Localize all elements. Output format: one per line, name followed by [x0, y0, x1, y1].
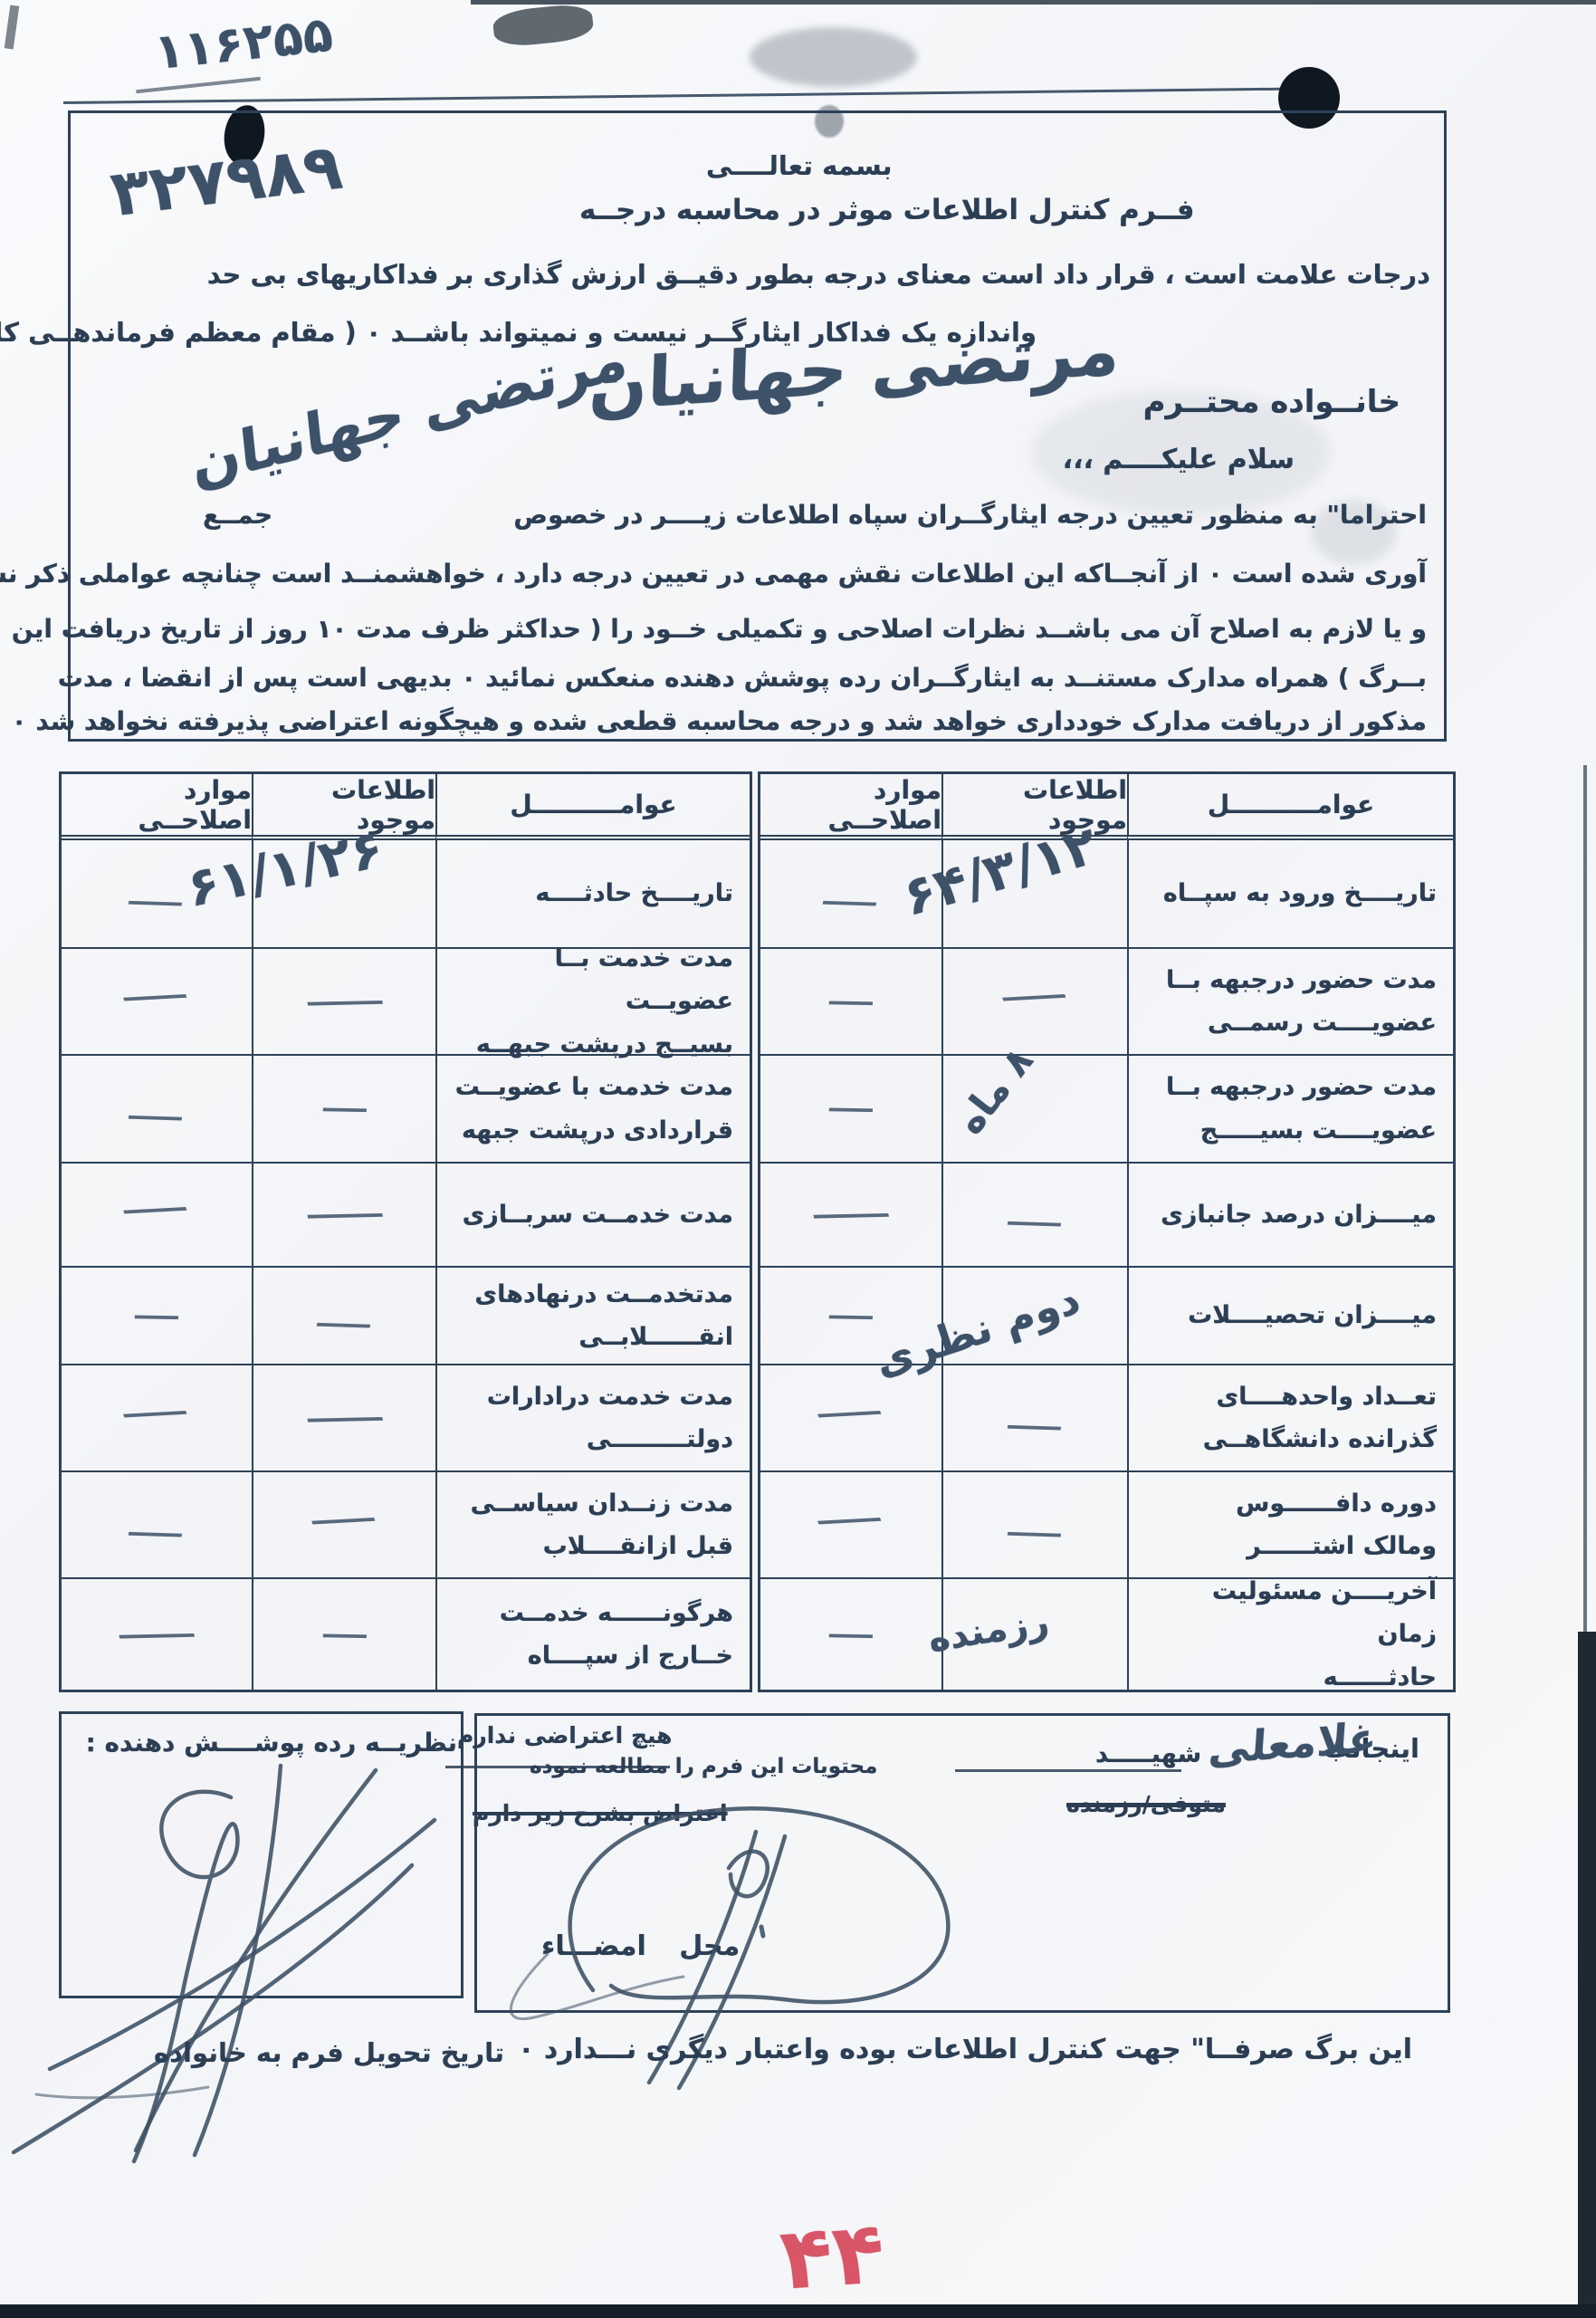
factor-cell: دوره دافــــــوس ومالک اشتــــــر — [1127, 1472, 1453, 1579]
handwritten-top-number: ۱۱۶۲۵۵ — [151, 5, 335, 81]
scanned-form-page: ۱۱۶۲۵۵ ۳۲۷۹۸۹ بسمه تعالــــی فــرم کنترل… — [0, 0, 1596, 2318]
greeting: سلام علیکــــم ،،، — [1063, 444, 1295, 475]
corrective-cell: — — [760, 949, 941, 1056]
pen-dash: — — [319, 1618, 369, 1651]
motto-line-1: درجات علامت است ، قرار داد است معنای درج… — [207, 259, 1430, 290]
form-title: فــرم کنترل اطلاعات موثر در محاسبه درجــ… — [579, 194, 1195, 226]
existing-cell: — — [252, 1164, 435, 1268]
pen-dash: — — [817, 885, 882, 918]
corrective-cell: — — [62, 1164, 252, 1268]
paragraph-line-4: بــرگ ) همراه مدارک مستنــد به ایثارگــر… — [58, 663, 1427, 693]
factor-cell: میــــزان درصد جانبازی — [1127, 1164, 1453, 1268]
factor-cell: تاریــــخ حادثــــه — [435, 840, 750, 949]
bismillah: بسمه تعالــــی — [706, 150, 893, 181]
factor-cell: مدت زنــدان سیاســی قبل ازانقــــلاب — [435, 1472, 750, 1579]
fold-crease-line — [63, 88, 1287, 104]
paragraph-line-1-text: احتراما" به منظور تعیین درجه ایثارگــران… — [513, 500, 1427, 530]
factor-cell: هرگونــــــه خدمــت خــارج از سپــــاه — [435, 1579, 750, 1690]
no-objection-underline — [445, 1766, 670, 1768]
factor-cell: مدت خدمــت سربــازی — [435, 1164, 750, 1268]
pen-dash: — — [123, 885, 187, 918]
table-right: عوامــــــــــل اطلاعات موجود موارد اصلا… — [758, 771, 1456, 1692]
factor-cell: مدت خدمت بــا عضویــت بسیــج درپشت جبهــ… — [435, 949, 750, 1056]
col-header-corrective: موارد اصلاحــی — [62, 774, 252, 840]
option-no-objection: هیچ اعتراضی ندارم — [457, 1722, 673, 1748]
paragraph-line-2: آوری شده است ۰ از آنجــاکه این اطلاعات ن… — [0, 559, 1427, 589]
corrective-cell: — — [760, 1164, 941, 1268]
family-label: خانــواده محتــرم — [1143, 384, 1400, 420]
handwritten-page-number: ۴۴ — [777, 2204, 887, 2310]
corrective-cell: — — [760, 1579, 941, 1690]
pen-dash: — — [299, 1198, 389, 1231]
scan-bottom-edge-bar — [0, 2304, 1596, 2318]
factor-cell: تاریــــخ ورود به سپــاه — [1127, 840, 1453, 949]
paragraph-line-5: مذکور از دریافت مدارک خودداری خواهد شد و… — [12, 706, 1427, 736]
pen-dash: — — [1002, 1206, 1066, 1240]
pen-dash: — — [301, 1502, 383, 1537]
pen-dash: — — [131, 1299, 182, 1332]
pen-dash: — — [1002, 1409, 1066, 1442]
table-left: عوامــــــــــل اطلاعات موجود موارد اصلا… — [59, 771, 752, 1692]
paragraph-line-1: احتراما" به منظور تعیین درجه ایثارگــران… — [203, 500, 1427, 530]
corrective-cell: — — [62, 1472, 252, 1579]
existing-cell: — — [941, 1472, 1127, 1579]
scan-speck — [5, 5, 20, 50]
factor-cell: مدت خدمت با عضویــت قراردادی درپشت جبهه — [435, 1056, 750, 1164]
pen-dash: — — [114, 979, 196, 1014]
footer-note: این برگ صرفــا" جهت کنترل اطلاعات بوده و… — [518, 2034, 1412, 2065]
pen-dash: — — [319, 1092, 369, 1125]
existing-cell: — — [941, 1164, 1127, 1268]
pen-dash: — — [1002, 1516, 1066, 1549]
scan-right-edge-bar — [1578, 1632, 1596, 2318]
factor-cell: مدت خدمت درادارات دولتـــــــــی — [435, 1365, 750, 1472]
existing-cell: — — [941, 949, 1127, 1056]
pen-dash: — — [826, 1618, 876, 1651]
corrective-cell: — — [62, 1365, 252, 1472]
pen-dash: — — [826, 985, 876, 1018]
factor-cell: تعــداد واحدهــــای گذرانده دانشگاهــی — [1127, 1365, 1453, 1472]
delivery-date-label: تاریخ تحویل فرم به خانواده — [154, 2037, 504, 2068]
pen-scribble — [136, 77, 261, 93]
paragraph-line-3: و یا لازم به اصلاح آن می باشــد نظرات اص… — [12, 614, 1427, 644]
pen-dash: — — [806, 1198, 896, 1231]
pen-dash: — — [992, 979, 1074, 1014]
pen-dash: — — [114, 1192, 196, 1227]
existing-cell: — — [252, 1472, 435, 1579]
corrective-cell: — — [62, 949, 252, 1056]
pen-dash: — — [123, 1516, 187, 1549]
existing-cell: — — [941, 1365, 1127, 1472]
reviewer-signature — [0, 1743, 453, 2178]
scan-top-edge-line — [471, 0, 1596, 5]
pen-dash: — — [826, 1092, 876, 1125]
pen-dash: — — [299, 984, 389, 1018]
scan-right-edge-line — [1583, 765, 1587, 1639]
scan-ink-blob — [492, 2, 595, 48]
existing-cell: — — [252, 1579, 435, 1690]
pen-dash: — — [111, 1617, 202, 1651]
pen-dash: — — [114, 1395, 196, 1431]
pen-dash: — — [808, 1395, 890, 1431]
option-shahid: شهیـــــد — [1095, 1740, 1201, 1768]
pen-dash: — — [808, 1502, 890, 1537]
corrective-cell: — — [62, 1268, 252, 1365]
pen-dash: — — [826, 1299, 876, 1332]
pen-dash: — — [299, 1401, 389, 1434]
existing-cell: — — [252, 1056, 435, 1164]
option-deceased-warrior: متوفی/رزمنده — [1066, 1791, 1226, 1817]
corrective-cell: — — [760, 1365, 941, 1472]
existing-cell: — — [252, 1268, 435, 1365]
col-header-corrective: موارد اصلاحــی — [760, 774, 941, 840]
factor-cell: مدت حضور درجبهه بــا عضویــــت رسمــی — [1127, 949, 1453, 1056]
factor-cell: مدت حضور درجبهه بــا عضویــــت بسیـــــج — [1127, 1056, 1453, 1164]
pen-dash: — — [123, 1100, 187, 1134]
shahid-blank-line — [955, 1769, 1181, 1772]
existing-cell: — — [252, 949, 435, 1056]
pen-dash: — — [311, 1307, 376, 1340]
factor-cell: آخریــــن مسئولیت زمان حادثــــــه — [1127, 1579, 1453, 1690]
factor-cell: مدتخدمــت درنهادهای انقــــــلابــی — [435, 1268, 750, 1365]
paragraph-line-1-tail: جمــع — [203, 500, 272, 530]
scan-smudge — [750, 27, 917, 87]
corrective-cell: — — [760, 1472, 941, 1579]
factor-cell: میــــزان تحصیــــلات — [1127, 1268, 1453, 1365]
corrective-cell: — — [760, 1056, 941, 1164]
col-header-factor: عوامــــــــــل — [1127, 774, 1453, 840]
corrective-cell: — — [62, 1579, 252, 1690]
col-header-factor: عوامــــــــــل — [435, 774, 750, 840]
existing-cell: — — [252, 1365, 435, 1472]
corrective-cell: — — [62, 1056, 252, 1164]
